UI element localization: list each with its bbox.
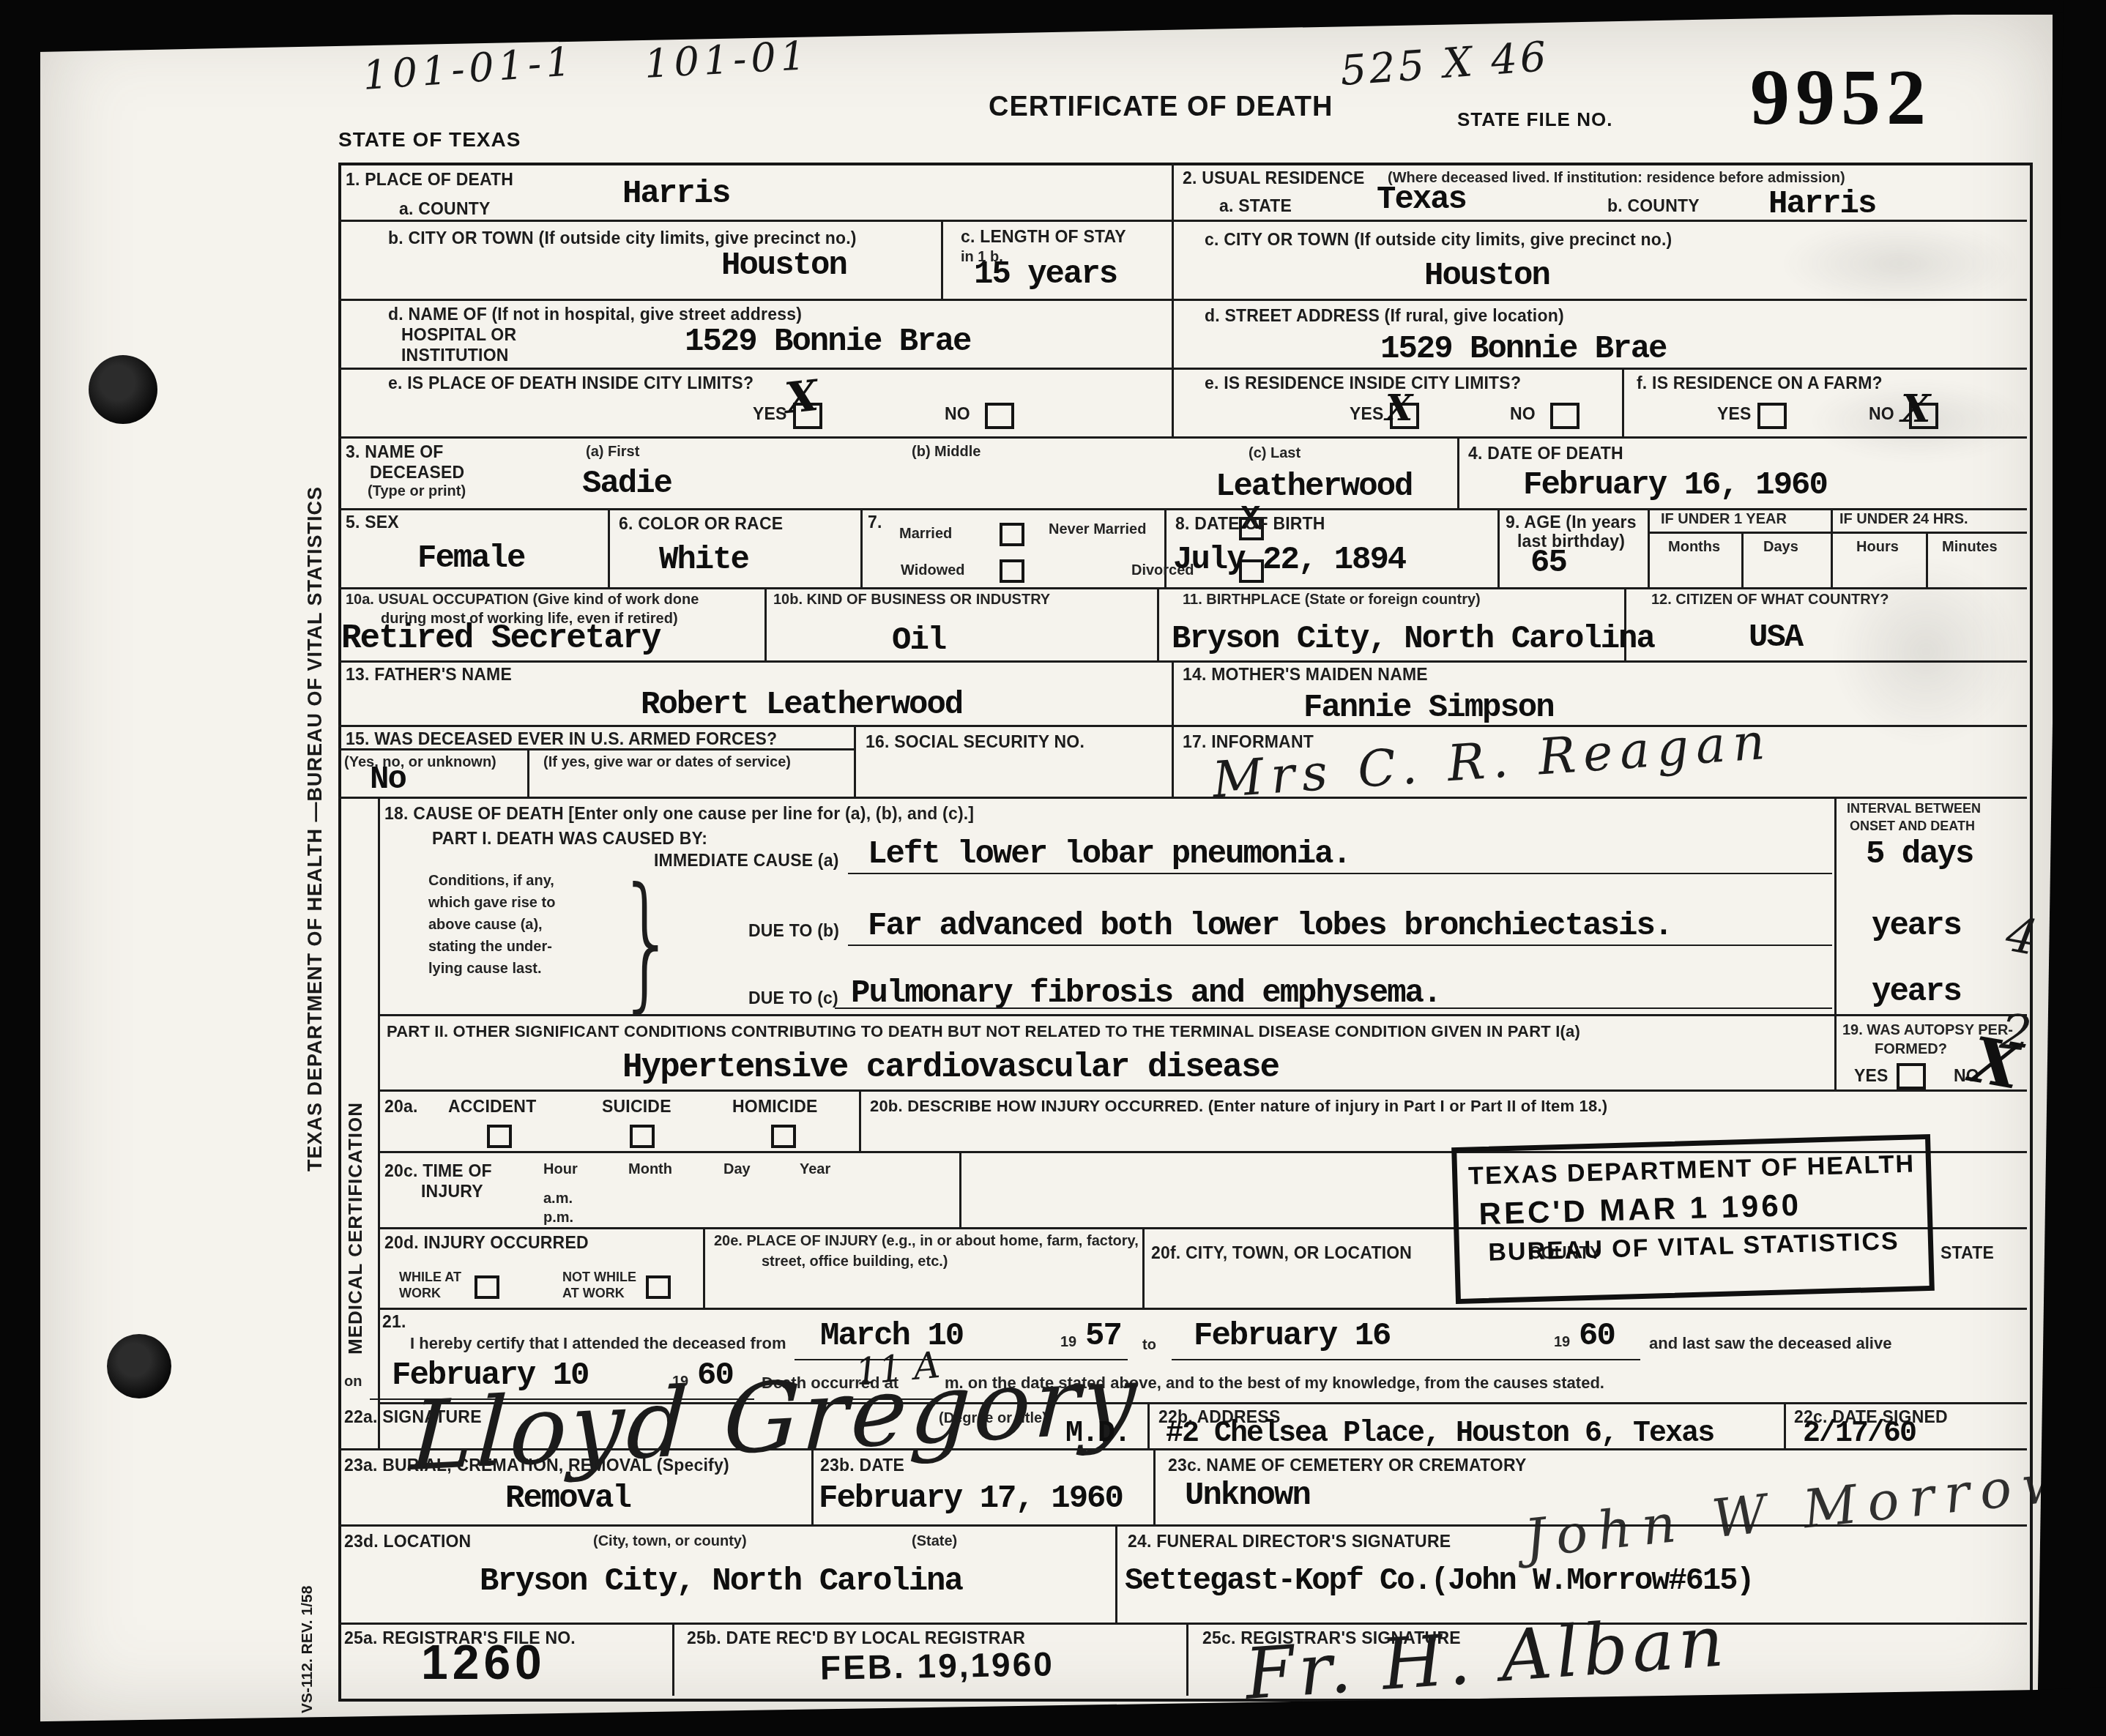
burial-date-label: 23b. DATE [820, 1456, 904, 1475]
label-20a: 20a. [384, 1097, 418, 1117]
divider-line [1157, 587, 1159, 660]
residence-city-value: Houston [1424, 258, 1549, 294]
last-name-value: Leatherwood [1216, 469, 1412, 505]
label-20d: 20d. INJURY OCCURRED [384, 1233, 589, 1253]
death-limits-yes-xmark: X [783, 370, 821, 423]
suicide-label: SUICIDE [602, 1097, 671, 1117]
divider-line [338, 299, 2027, 301]
pm-label: p.m. [543, 1210, 573, 1226]
type-or-print-label: (Type or print) [368, 483, 466, 500]
part1-label: PART I. DEATH WAS CAUSED BY: [432, 829, 707, 849]
address-value: #2 Chelsea Place, Houston 6, Texas [1166, 1418, 1714, 1450]
state-file-number: 9952 [1750, 53, 1932, 144]
burial-label: 23a. BURIAL, CREMATION, REMOVAL (Specify… [344, 1456, 729, 1475]
accident-label: ACCIDENT [448, 1097, 536, 1117]
death-city-limits-label: e. IS PLACE OF DEATH INSIDE CITY LIMITS? [388, 373, 754, 393]
conditions-note-line5: lying cause last. [428, 961, 542, 977]
citizen-label: 12. CITIZEN OF WHAT COUNTRY? [1651, 592, 1889, 608]
divider-line [338, 725, 2027, 727]
location-sub-1: (City, town, or county) [593, 1533, 747, 1550]
due-to-b-label: DUE TO (b) [748, 921, 839, 941]
mother-name-value: Fannie Simpson [1303, 690, 1554, 726]
divider-line [764, 587, 767, 660]
interval-header-2: ONSET AND DEATH [1850, 819, 1975, 834]
residence-city-label: c. CITY OR TOWN (If outside city limits,… [1205, 230, 1672, 250]
burial-value: Removal [505, 1480, 630, 1517]
race-value: White [659, 542, 748, 578]
yes-label: YES [1350, 404, 1384, 424]
industry-value: Oil [892, 622, 945, 659]
armed-forces-label: 15. WAS DECEASED EVER IN U.S. ARMED FORC… [346, 729, 777, 749]
divider-line [1784, 1402, 1786, 1448]
race-label: 6. COLOR OR RACE [619, 514, 783, 534]
scanned-death-certificate: TEXAS DEPARTMENT OF HEALTH —BUREAU OF VI… [0, 0, 2106, 1736]
not-while-at-work-checkbox [646, 1275, 671, 1299]
farm-yes-checkbox [1757, 403, 1787, 429]
street-address-value: 1529 Bonnie Brae [1380, 331, 1666, 368]
autopsy-yes-checkbox [1897, 1063, 1926, 1089]
divider-line [1172, 163, 1174, 436]
state-col-label: STATE [1941, 1243, 1994, 1263]
label-20c-1: 20c. TIME OF [384, 1161, 492, 1181]
if-under-24-hrs-label: IF UNDER 24 HRS. [1839, 511, 1968, 528]
sex-label: 5. SEX [346, 513, 399, 532]
street-address-label: d. STREET ADDRESS (If rural, give locati… [1205, 306, 1564, 326]
due-to-c-label: DUE TO (c) [748, 988, 838, 1008]
label-20e-2: street, office building, etc.) [762, 1253, 948, 1270]
armed-forces-value: No [370, 761, 406, 798]
divider-line [1648, 508, 1650, 587]
divider-line [608, 508, 610, 587]
received-stamp: TEXAS DEPARTMENT OF HEALTH REC'D MAR 1 1… [1451, 1134, 1935, 1304]
sex-value: Female [417, 540, 524, 577]
farm-no-xmark: X [1901, 387, 1930, 431]
divider-line [959, 1151, 961, 1227]
form-code-vertical: VS-112. REV. 1/58 [299, 1552, 316, 1713]
armed-forces-sub-1: (Yes, no, or unknown) [344, 754, 496, 771]
divider-line [338, 587, 2027, 589]
divider-line [338, 797, 2027, 799]
conditions-brace: } [617, 857, 677, 1027]
burial-date-value: February 17, 1960 [819, 1480, 1123, 1517]
conditions-note-line2: which gave rise to [428, 895, 555, 912]
divider-line [1926, 532, 1928, 587]
first-name-value: Sadie [582, 466, 671, 502]
divider-line [1142, 1227, 1145, 1308]
residence-city-limits-label: e. IS RESIDENCE INSIDE CITY LIMITS? [1205, 373, 1521, 393]
divider-line [859, 1089, 861, 1151]
city-label: b. CITY OR TOWN (If outside city limits,… [388, 228, 857, 248]
never-married-label: Never Married [1049, 521, 1146, 538]
residence-state-value: Texas [1377, 182, 1466, 218]
divider-line [1186, 1623, 1188, 1696]
married-label: Married [899, 526, 952, 543]
institution-label: d. NAME OF (If not in hospital, give str… [388, 305, 802, 324]
funeral-director-label: 24. FUNERAL DIRECTOR'S SIGNATURE [1128, 1532, 1451, 1551]
deceased-label: DECEASED [370, 463, 464, 483]
county-value: Harris [622, 176, 729, 212]
divider-line [1147, 1402, 1150, 1448]
yes-label: YES [1854, 1066, 1889, 1086]
day-label: Day [723, 1161, 751, 1178]
certify-text-1: I hereby certify that I attended the dec… [410, 1334, 786, 1353]
married-checkbox [1000, 523, 1024, 546]
registrar-date-value: FEB. 19,1960 [820, 1644, 1055, 1688]
first-name-label: (a) First [586, 444, 639, 461]
name-of-label: 3. NAME OF [346, 442, 444, 462]
part2-value: Hypertensive cardiovascular disease [622, 1048, 1279, 1087]
yes-label: YES [753, 404, 787, 424]
death-limits-no-checkbox [985, 403, 1014, 429]
date-signed-value: 2/17/60 [1803, 1418, 1916, 1450]
handwritten-code-2: 101-01 [644, 32, 811, 87]
label-20c-2: INJURY [421, 1182, 483, 1202]
date-of-death-value: February 16, 1960 [1523, 467, 1827, 504]
label-20e-1: 20e. PLACE OF INJURY (e.g., in or about … [714, 1233, 1139, 1250]
accident-checkbox [487, 1125, 512, 1148]
left-margin-vertical-text: TEXAS DEPARTMENT OF HEALTH —BUREAU OF VI… [304, 351, 327, 1171]
divider-line [1741, 532, 1744, 587]
age-label-1: 9. AGE (In years [1506, 513, 1637, 532]
divider-line [378, 1308, 2027, 1310]
state-of-texas-label: STATE OF TEXAS [338, 128, 521, 152]
location-value: Bryson City, North Carolina [480, 1563, 962, 1600]
divider-line [527, 748, 529, 797]
conditions-note-line3: above cause (a), [428, 917, 543, 934]
cause-c-line [835, 1007, 1832, 1009]
interval-a-value: 5 days [1866, 836, 1973, 873]
residence-county-label: b. COUNTY [1607, 196, 1700, 216]
divider-line [1457, 436, 1459, 508]
label-21: 21. [382, 1312, 406, 1332]
while-at-work-checkbox [475, 1275, 499, 1299]
funeral-director-value: Settegast-Kopf Co.(John W.Morrow#615) [1125, 1563, 1754, 1598]
if-under-1-year-label: IF UNDER 1 YEAR [1661, 511, 1787, 528]
divider-line [672, 1623, 674, 1696]
days-label: Days [1763, 539, 1798, 556]
month-label: Month [628, 1161, 672, 1178]
cause-a-line [848, 873, 1832, 874]
blank-line [1172, 1359, 1640, 1360]
no-label: NO [1510, 404, 1536, 424]
immediate-cause-label: IMMEDIATE CAUSE (a) [654, 851, 839, 871]
dob-value: July 22, 1894 [1173, 542, 1405, 578]
degree-value: M.D. [1065, 1418, 1130, 1450]
label-20b: 20b. DESCRIBE HOW INJURY OCCURRED. (Ente… [870, 1097, 1607, 1116]
divider-line [703, 1227, 705, 1308]
work-label: WORK [399, 1286, 441, 1301]
divider-line [1622, 368, 1624, 436]
divider-line [1153, 1448, 1156, 1524]
certify-text-2: and last saw the deceased alive [1649, 1334, 1891, 1353]
interval-b-value: years [1872, 908, 1961, 945]
conditions-note-line1: Conditions, if any, [428, 873, 554, 890]
registrar-file-number: 1260 [421, 1634, 546, 1690]
widowed-checkbox [1000, 559, 1024, 583]
divider-line [1648, 532, 2027, 534]
institution-label-2: HOSPITAL OR [401, 325, 516, 345]
year-prefix: 19 [1554, 1334, 1570, 1351]
on-label: on [344, 1374, 362, 1390]
autopsy-label-2: FORMED? [1875, 1041, 1947, 1058]
location-sub-2: (State) [912, 1533, 957, 1550]
occupation-value: Retired Secretary [341, 619, 660, 657]
stamp-line-2: REC'D MAR 1 1960 [1458, 1184, 1927, 1232]
stamp-line-1: TEXAS DEPARTMENT OF HEALTH [1457, 1150, 1927, 1191]
punch-hole [107, 1334, 171, 1398]
label-20f: 20f. CITY, TOWN, OR LOCATION [1151, 1243, 1412, 1263]
stamp-line-3: BUREAU OF VITAL STATISTICS [1459, 1226, 1929, 1268]
months-label: Months [1668, 539, 1720, 556]
divider-line [338, 660, 2027, 663]
birthplace-label: 11. BIRTHPLACE (State or foreign country… [1183, 592, 1481, 608]
divider-line [338, 436, 2027, 439]
minutes-label: Minutes [1942, 539, 1998, 556]
widowed-label: Widowed [901, 562, 965, 579]
divider-line [1115, 1524, 1117, 1623]
last-name-label: (c) Last [1249, 445, 1301, 462]
residence-label: 2. USUAL RESIDENCE [1183, 168, 1365, 188]
residence-limits-no-checkbox [1550, 403, 1579, 429]
divider-line [1497, 508, 1500, 587]
interval-header-1: INTERVAL BETWEEN [1847, 801, 1981, 816]
homicide-checkbox [771, 1125, 796, 1148]
suicide-checkbox [630, 1125, 655, 1148]
divider-line [1172, 725, 1174, 797]
conditions-note-line4: stating the under- [428, 939, 552, 955]
residence-farm-label: f. IS RESIDENCE ON A FARM? [1637, 373, 1883, 393]
cause-b-value: Far advanced both lower lobes bronchiect… [868, 908, 1672, 945]
not-while-label: NOT WHILE [562, 1270, 636, 1285]
birthplace-value: Bryson City, North Carolina [1172, 621, 1654, 657]
no-label: NO [1869, 404, 1894, 424]
no-label: NO [945, 404, 970, 424]
divider-line [338, 508, 2027, 510]
cause-b-line [848, 945, 1832, 946]
divider-line [1831, 508, 1833, 587]
dob-label: 8. DATE OF BIRTH [1175, 514, 1325, 534]
divider-line [378, 1089, 2027, 1092]
hours-label: Hours [1856, 539, 1899, 556]
divider-line [1834, 797, 1837, 1089]
divider-line [941, 220, 943, 299]
am-label: a.m. [543, 1191, 573, 1207]
divider-line [1172, 660, 1174, 725]
location-label: 23d. LOCATION [344, 1532, 471, 1551]
place-of-death-label: 1. PLACE OF DEATH [346, 170, 513, 190]
year-label: Year [800, 1161, 830, 1178]
divider-line [860, 508, 863, 587]
cause-a-value: Left lower lobar pneumonia. [868, 836, 1350, 873]
while-at-label: WHILE AT [399, 1270, 461, 1285]
attended-to-year: 60 [1579, 1318, 1615, 1355]
residence-county-value: Harris [1768, 186, 1875, 223]
state-file-no-label: STATE FILE NO. [1457, 108, 1612, 131]
interval-c-value: years [1872, 974, 1961, 1010]
father-name-value: Robert Leatherwood [641, 687, 962, 723]
industry-label: 10b. KIND OF BUSINESS OR INDUSTRY [773, 592, 1050, 608]
yes-label: YES [1717, 404, 1752, 424]
residence-state-label: a. STATE [1219, 196, 1292, 216]
length-of-stay-value: 15 years [974, 256, 1117, 293]
cemetery-value: Unknown [1185, 1478, 1310, 1514]
residence-limits-yes-xmark: X [1385, 388, 1413, 429]
divider-line [854, 725, 856, 797]
certificate-title: CERTIFICATE OF DEATH [989, 92, 1333, 123]
middle-name-label: (b) Middle [912, 444, 981, 461]
hour-label: Hour [543, 1161, 578, 1178]
homicide-label: HOMICIDE [732, 1097, 818, 1117]
divider-line [378, 797, 380, 1448]
cemetery-label: 23c. NAME OF CEMETERY OR CREMATORY [1168, 1456, 1526, 1475]
date-of-death-label: 4. DATE OF DEATH [1468, 444, 1623, 463]
attended-to-date: February 16 [1194, 1318, 1390, 1355]
length-of-stay-label: c. LENGTH OF STAY [961, 227, 1126, 247]
divider-line [338, 1623, 2027, 1625]
institution-value: 1529 Bonnie Brae [685, 324, 970, 360]
ssn-label: 16. SOCIAL SECURITY NO. [866, 732, 1084, 752]
part2-label: PART II. OTHER SIGNIFICANT CONDITIONS CO… [387, 1022, 1580, 1041]
mother-name-label: 14. MOTHER'S MAIDEN NAME [1183, 665, 1428, 685]
to-label: to [1142, 1337, 1156, 1354]
divider-line [338, 368, 2027, 370]
punch-hole [89, 355, 157, 424]
at-work-label: AT WORK [562, 1286, 625, 1301]
marital-label: 7. [868, 513, 882, 532]
armed-forces-sub-2: (If yes, give war or dates of service) [543, 754, 791, 771]
age-value: 65 [1530, 545, 1566, 581]
father-name-label: 13. FATHER'S NAME [346, 665, 512, 685]
institution-label-3: INSTITUTION [401, 346, 509, 365]
county-label: a. COUNTY [399, 199, 490, 219]
cause-c-value: Pulmonary fibrosis and emphysema. [851, 975, 1440, 1012]
city-value: Houston [721, 247, 847, 284]
occupation-label-1: 10a. USUAL OCCUPATION (Give kind of work… [346, 592, 699, 608]
cause-of-death-label: 18. CAUSE OF DEATH [Enter only one cause… [384, 804, 974, 824]
citizen-value: USA [1749, 619, 1802, 656]
